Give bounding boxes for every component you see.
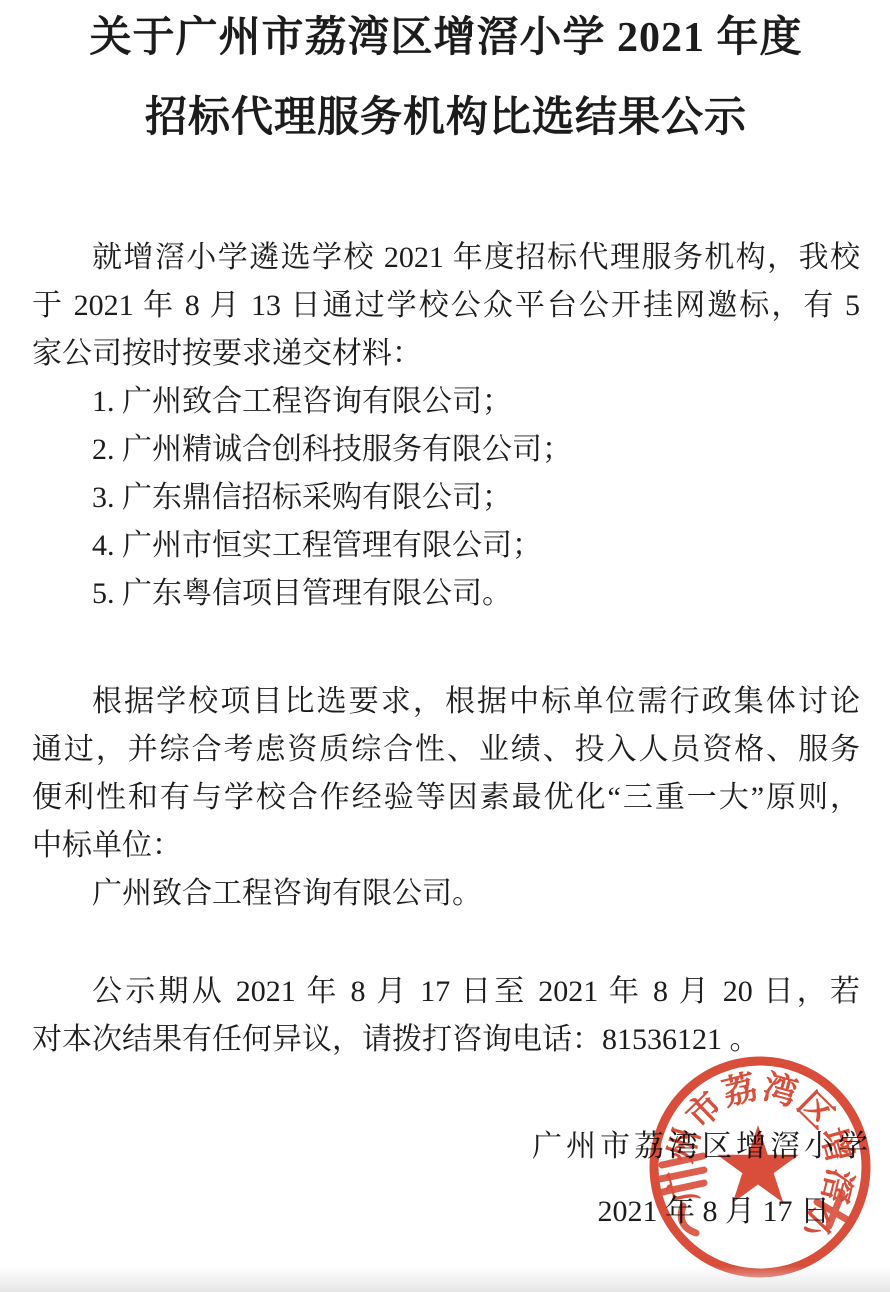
company-item-2: 2. 广州精诚合创科技服务有限公司；: [32, 426, 860, 474]
intro-line: 家公司按时按要求递交材料：: [32, 330, 860, 378]
criteria-line: 通过，并综合考虑资质综合性、业绩、投入人员资格、服务: [32, 726, 860, 774]
document-title-line2: 招标代理服务机构比选结果公示: [32, 88, 860, 148]
notice-line: 公示期从 2021 年 8 月 17 日至 2021 年 8 月 20 日，若: [32, 968, 860, 1016]
criteria-line: 便利性和有与学校合作经验等因素最优化“三重一大”原则，: [32, 774, 860, 822]
paragraph-criteria: 根据学校项目比选要求，根据中标单位需行政集体讨论 通过，并综合考虑资质综合性、业…: [32, 678, 860, 918]
paragraph-notice: 公示期从 2021 年 8 月 17 日至 2021 年 8 月 20 日，若 …: [32, 968, 860, 1064]
paragraph-intro: 就增滘小学遴选学校 2021 年度招标代理服务机构，我校 于 2021 年 8 …: [32, 234, 860, 378]
document-title-line1: 关于广州市荔湾区增滘小学 2021 年度: [32, 8, 860, 68]
stamp-star-icon: [717, 1125, 799, 1203]
company-item-5: 5. 广东粤信项目管理有限公司。: [32, 570, 860, 618]
notice-document-page: 关于广州市荔湾区增滘小学 2021 年度 招标代理服务机构比选结果公示 就增滘小…: [0, 0, 890, 1292]
company-item-1: 1. 广州致合工程咨询有限公司；: [32, 378, 860, 426]
company-list: 1. 广州致合工程咨询有限公司； 2. 广州精诚合创科技服务有限公司； 3. 广…: [32, 378, 860, 618]
criteria-line: 根据学校项目比选要求，根据中标单位需行政集体讨论: [32, 678, 860, 726]
company-item-4: 4. 广州市恒实工程管理有限公司；: [32, 522, 860, 570]
winner-line: 广州致合工程咨询有限公司。: [32, 870, 860, 918]
official-seal-stamp: 广州市荔湾区增滘小学: [645, 1052, 875, 1282]
criteria-line: 中标单位：: [32, 822, 860, 870]
intro-line: 就增滘小学遴选学校 2021 年度招标代理服务机构，我校: [32, 234, 860, 282]
intro-line: 于 2021 年 8 月 13 日通过学校公众平台公开挂网邀标，有 5: [32, 282, 860, 330]
company-item-3: 3. 广东鼎信招标采购有限公司；: [32, 474, 860, 522]
